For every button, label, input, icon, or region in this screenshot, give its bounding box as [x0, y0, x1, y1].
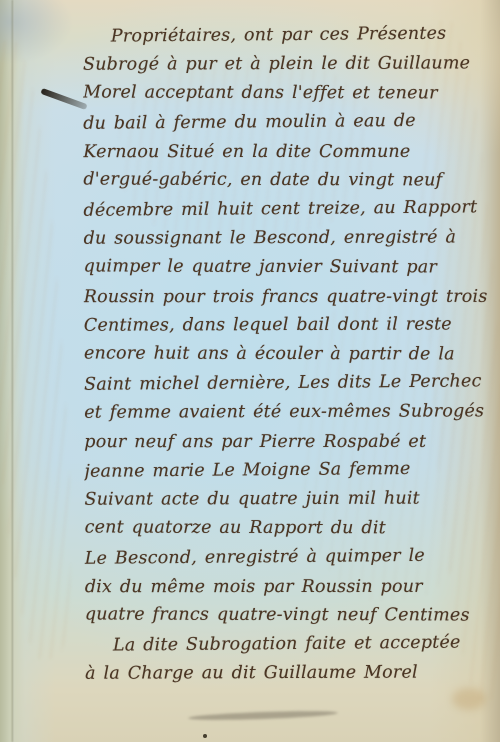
- manuscript-line: décembre mil huit cent treize, au Rappor…: [83, 193, 495, 226]
- fold-crease: [11, 0, 14, 742]
- manuscript-line: encore huit ans à écouler à partir de la: [84, 339, 496, 369]
- manuscript-line: d'ergué-gabéric, en date du vingt neuf: [83, 165, 495, 195]
- manuscript-line: Morel acceptant dans l'effet et teneur: [83, 78, 495, 108]
- manuscript-line: du soussignant le Bescond, enregistré à: [84, 223, 496, 253]
- manuscript-text: Propriétaires, ont par ces Présentes Sub…: [83, 20, 497, 688]
- manuscript-line: jeanne marie Le Moigne Sa femme: [84, 454, 496, 487]
- manuscript-line: Propriétaires, ont par ces Présentes: [83, 19, 495, 52]
- document-photo: Propriétaires, ont par ces Présentes Sub…: [0, 0, 500, 742]
- manuscript-line: Suivant acte du quatre juin mil huit: [84, 484, 496, 514]
- manuscript-line: quatre francs quatre-vingt neuf Centimes: [85, 600, 497, 630]
- manuscript-line: La dite Subrogation faite et acceptée: [85, 628, 497, 661]
- manuscript-line: Kernaou Situé en la dite Commune: [83, 138, 495, 167]
- manuscript-line: Roussin pour trois francs quatre-vingt t…: [84, 283, 496, 312]
- manuscript-line: dix du même mois par Roussin pour: [85, 573, 497, 602]
- manuscript-line: et femme avaient été eux-mêmes Subrogés: [84, 397, 496, 427]
- manuscript-line: Le Bescond, enregistré à quimper le: [85, 541, 497, 574]
- ink-dot: [203, 734, 207, 738]
- manuscript-line: quimper le quatre janvier Suivant par: [84, 252, 496, 282]
- manuscript-line: pour neuf ans par Pierre Rospabé et: [84, 428, 496, 457]
- paper-stain: [452, 688, 486, 710]
- manuscript-line: Subrogé à pur et à plein le dit Guillaum…: [83, 49, 495, 79]
- manuscript-line: cent quatorze au Rapport du dit: [85, 513, 497, 543]
- manuscript-line: Saint michel dernière, Les dits Le Perch…: [84, 367, 496, 400]
- smudge-mark: [188, 709, 338, 721]
- manuscript-line: à la Charge au dit Guillaume Morel: [85, 658, 497, 688]
- manuscript-line: du bail à ferme du moulin à eau de: [83, 106, 495, 139]
- manuscript-line: Centimes, dans lequel bail dont il reste: [84, 310, 496, 340]
- ink-mark: [40, 88, 87, 110]
